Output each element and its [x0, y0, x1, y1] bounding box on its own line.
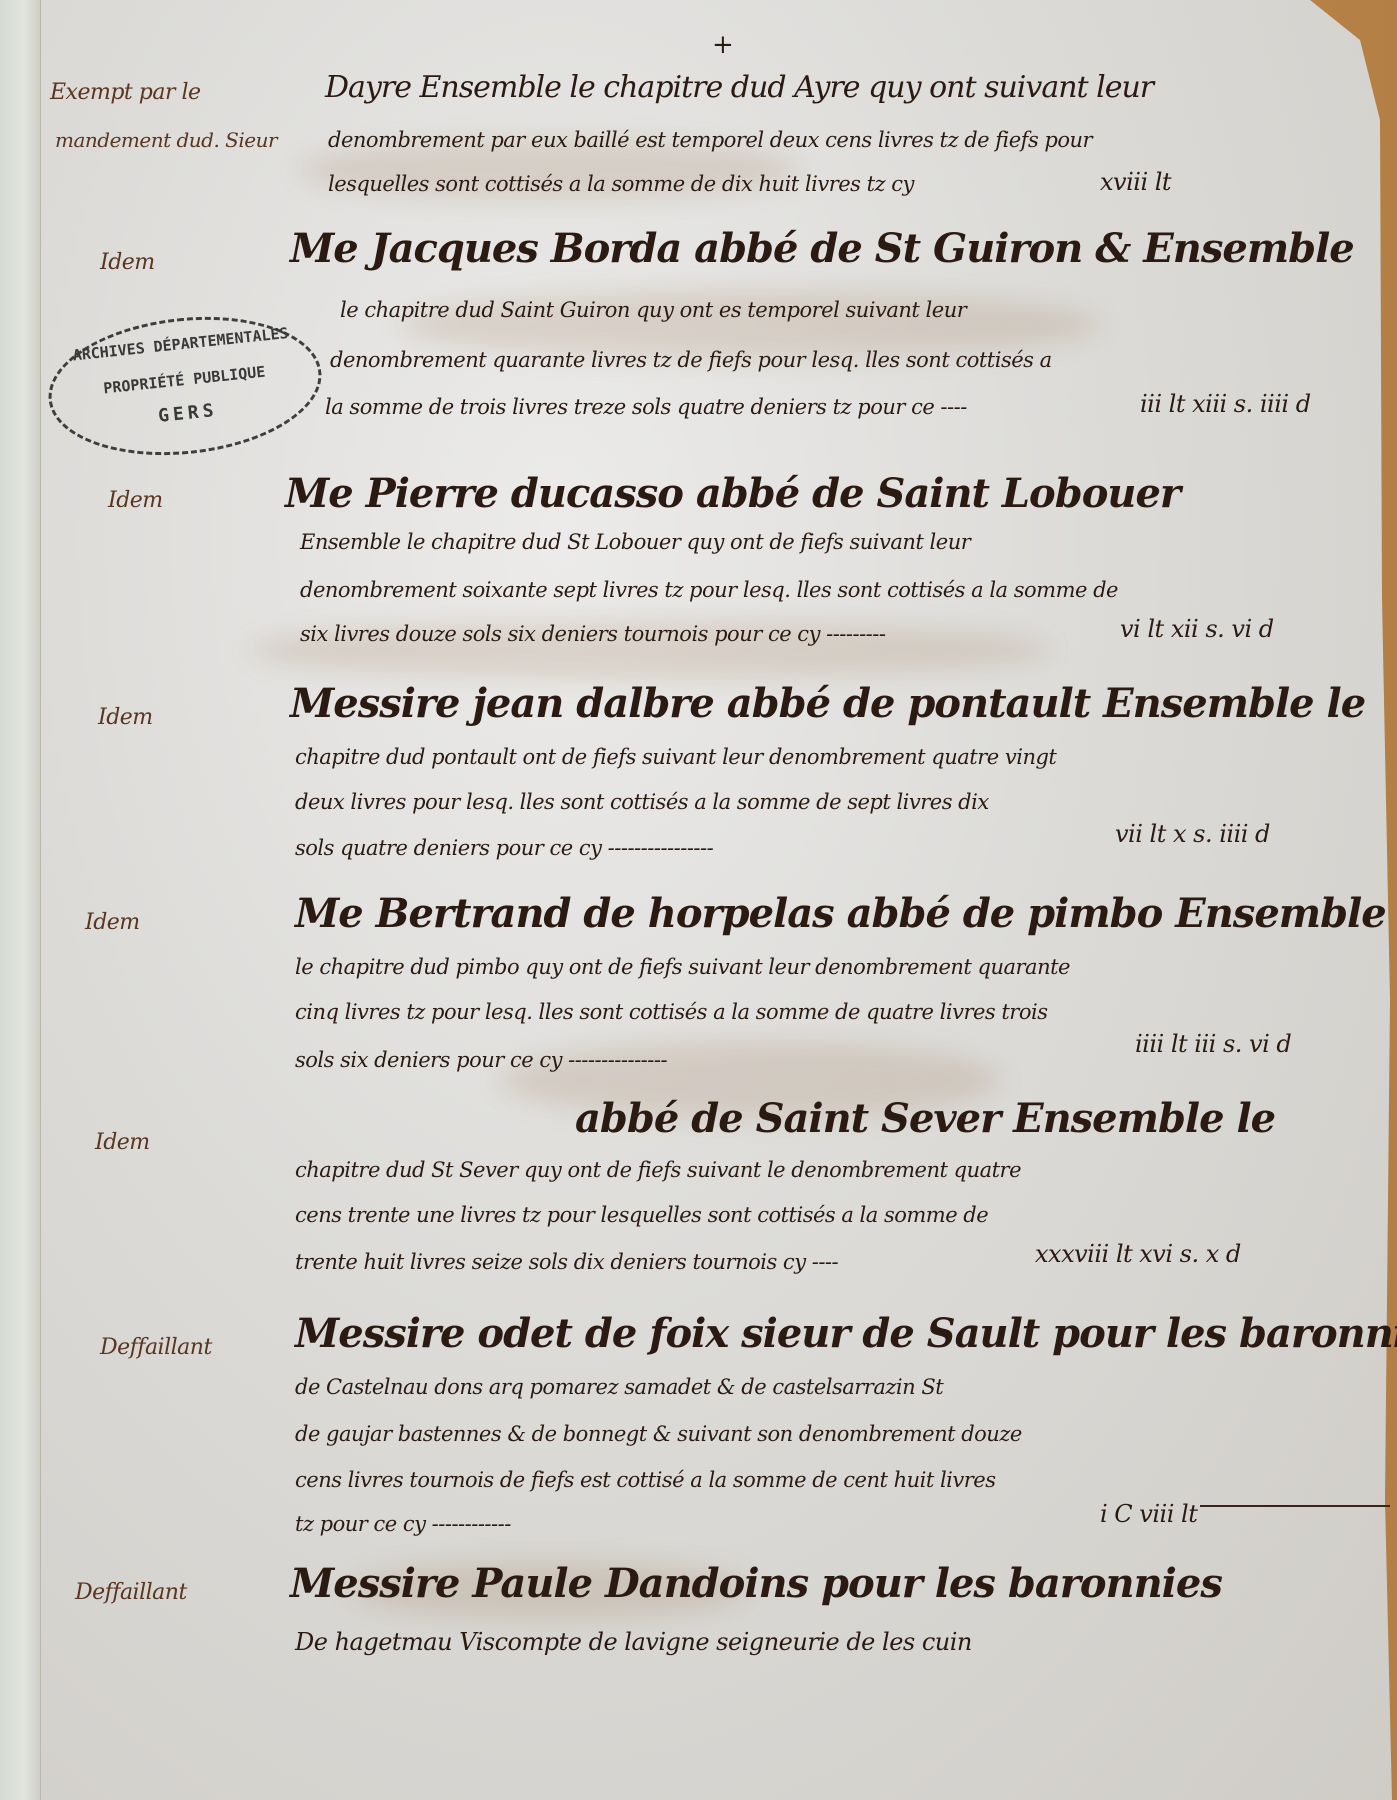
sum-amount: vii lt x s. iiii d — [1115, 820, 1270, 848]
entry-heading: Dayre Ensemble le chapitre dud Ayre quy … — [325, 70, 1153, 105]
rule-line — [1200, 1505, 1390, 1507]
entry-heading: Messire odet de foix sieur de Sault pour… — [295, 1310, 1397, 1357]
margin-note: Idem — [100, 250, 155, 275]
top-cross-mark: + — [712, 30, 734, 60]
margin-note: mandement dud. Sieur — [55, 128, 277, 152]
entry-line: le chapitre dud pimbo quy ont de fiefs s… — [295, 955, 1070, 979]
entry-line: Ensemble le chapitre dud St Lobouer quy … — [300, 530, 970, 554]
entry-line: chapitre dud St Sever quy ont de fiefs s… — [295, 1158, 1021, 1182]
entry-line: le chapitre dud Saint Guiron quy ont es … — [340, 298, 966, 322]
entry-heading: Me Bertrand de horpelas abbé de pimbo En… — [295, 890, 1386, 937]
entry-line: cinq livres tz pour lesq. lles sont cott… — [295, 1000, 1047, 1024]
entry-line: De hagetmau Viscompte de lavigne seigneu… — [295, 1628, 972, 1656]
margin-note: Idem — [108, 488, 163, 513]
margin-note: Idem — [85, 910, 140, 935]
sum-amount: i C viii lt — [1100, 1500, 1197, 1528]
entry-heading: Me Pierre ducasso abbé de Saint Lobouer — [285, 470, 1180, 517]
entry-line: tz pour ce cy ------------ — [295, 1512, 511, 1536]
entry-line: denombrement soixante sept livres tz pou… — [300, 578, 1118, 602]
sum-amount: vi lt xii s. vi d — [1120, 615, 1274, 643]
entry-line: de gaujar bastennes & de bonnegt & suiva… — [295, 1422, 1022, 1446]
margin-note: Idem — [98, 705, 153, 730]
entry-line: la somme de trois livres treze sols quat… — [325, 395, 967, 419]
entry-line: chapitre dud pontault ont de fiefs suiva… — [295, 745, 1056, 769]
margin-note: Deffaillant — [75, 1580, 187, 1605]
entry-line: lesquelles sont cottisés a la somme de d… — [328, 172, 914, 196]
entry-heading: Me Jacques Borda abbé de St Guiron & Ens… — [290, 225, 1354, 272]
entry-line: cens livres tournois de fiefs est cottis… — [295, 1468, 996, 1492]
margin-note: Idem — [95, 1130, 150, 1155]
entry-line: denombrement par eux baillé est temporel… — [328, 128, 1092, 152]
entry-heading: Messire Paule Dandoins pour les baronnie… — [290, 1560, 1222, 1607]
entry-line: cens trente une livres tz pour lesquelle… — [295, 1203, 988, 1227]
margin-note: Exempt par le — [50, 80, 201, 105]
entry-line: denombrement quarante livres tz de fiefs… — [330, 348, 1052, 372]
entry-heading: Messire jean dalbre abbé de pontault Ens… — [290, 680, 1365, 727]
sum-amount: iii lt xiii s. iiii d — [1140, 390, 1311, 418]
sum-amount: xviii lt — [1100, 168, 1171, 196]
entry-line: sols six deniers pour ce cy ------------… — [295, 1048, 667, 1072]
entry-heading: abbé de Saint Sever Ensemble le — [575, 1095, 1275, 1142]
entry-line: de Castelnau dons arq pomarez samadet & … — [295, 1375, 943, 1399]
entry-line: trente huit livres seize sols dix denier… — [295, 1250, 838, 1274]
binding-edge — [0, 0, 41, 1800]
entry-line: deux livres pour lesq. lles sont cottisé… — [295, 790, 989, 814]
entry-line: sols quatre deniers pour ce cy ---------… — [295, 836, 713, 860]
margin-note: Deffaillant — [100, 1335, 212, 1360]
sum-amount: xxxviii lt xvi s. x d — [1035, 1240, 1241, 1268]
sum-amount: iiii lt iii s. vi d — [1135, 1030, 1291, 1058]
entry-line: six livres douze sols six deniers tourno… — [300, 622, 885, 646]
